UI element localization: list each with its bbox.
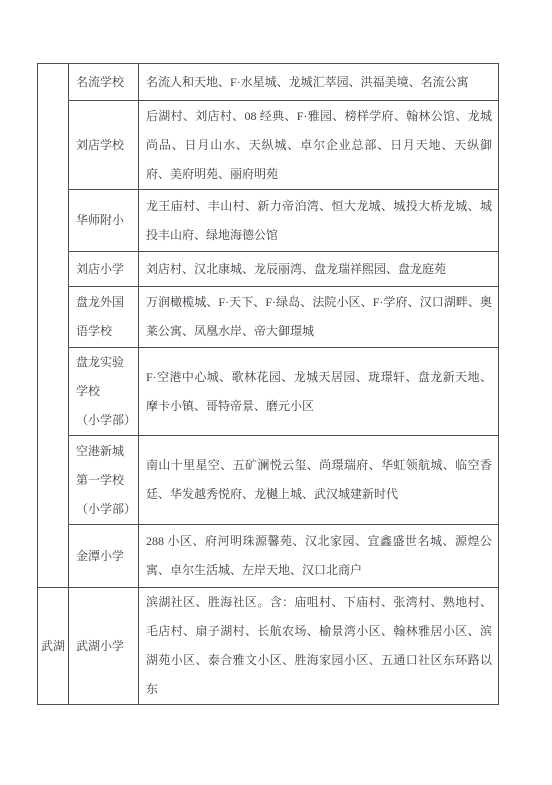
communities-cell: F·空港中心城、歌林花园、龙城天居园、珑璟轩、盘龙新天地、摩卡小镇、哥特帝景、磨… (139, 348, 499, 436)
table-row: 刘店学校 后湖村、刘店村、08 经典、F·雅园、榜样学府、翰林公馆、龙城尚品、日… (38, 101, 499, 190)
table-row: 空港新城 第一学校 （小学部） 南山十里星空、五矿澜悦云玺、尚璟瑞府、华虹领航城… (38, 436, 499, 525)
communities-cell: 288 小区、府河明珠源馨苑、汉北家园、宜鑫盛世名城、源煌公寓、卓尔生活城、左岸… (139, 525, 499, 588)
table-row: 武湖 武湖小学 滨湖社区、胜海社区。含：庙咀村、下庙村、张湾村、熟地村、毛店村、… (38, 588, 499, 705)
table-row: 名流学校 名流人和天地、F·水星城、龙城汇萃园、洪福美境、名流公寓 (38, 64, 499, 101)
school-name-cell: 金潭小学 (69, 525, 139, 588)
school-name-cell: 刘店小学 (69, 252, 139, 287)
table-row: 盘龙实验 学校 （小学部） F·空港中心城、歌林花园、龙城天居园、珑璟轩、盘龙新… (38, 348, 499, 436)
district-cell-empty (38, 64, 69, 588)
school-name-cell: 盘龙实验 学校 （小学部） (69, 348, 139, 436)
school-district-table: 名流学校 名流人和天地、F·水星城、龙城汇萃园、洪福美境、名流公寓 刘店学校 后… (37, 63, 499, 705)
school-name-cell: 名流学校 (69, 64, 139, 101)
school-name-cell: 空港新城 第一学校 （小学部） (69, 436, 139, 525)
communities-cell: 后湖村、刘店村、08 经典、F·雅园、榜样学府、翰林公馆、龙城尚品、日月山水、天… (139, 101, 499, 190)
communities-cell: 名流人和天地、F·水星城、龙城汇萃园、洪福美境、名流公寓 (139, 64, 499, 101)
school-name-cell: 盘龙外国 语学校 (69, 287, 139, 348)
communities-cell: 刘店村、汉北康城、龙辰丽湾、盘龙瑞祥熙园、盘龙庭苑 (139, 252, 499, 287)
school-name-cell: 武湖小学 (69, 588, 139, 705)
table-row: 刘店小学 刘店村、汉北康城、龙辰丽湾、盘龙瑞祥熙园、盘龙庭苑 (38, 252, 499, 287)
communities-cell: 龙王庙村、丰山村、新力帝泊湾、恒大龙城、城投大桥龙城、城投丰山府、绿地海德公馆 (139, 190, 499, 252)
school-name-cell: 华师附小 (69, 190, 139, 252)
school-name-cell: 刘店学校 (69, 101, 139, 190)
communities-cell: 滨湖社区、胜海社区。含：庙咀村、下庙村、张湾村、熟地村、毛店村、扇子湖村、长航农… (139, 588, 499, 705)
document-page: 名流学校 名流人和天地、F·水星城、龙城汇萃园、洪福美境、名流公寓 刘店学校 后… (0, 0, 552, 785)
district-cell-wuhu: 武湖 (38, 588, 69, 705)
table-row: 华师附小 龙王庙村、丰山村、新力帝泊湾、恒大龙城、城投大桥龙城、城投丰山府、绿地… (38, 190, 499, 252)
communities-cell: 万润橄榄城、F·天下、F·绿岛、法院小区、F·学府、汉口湖畔、奥莱公寓、凤凰水岸… (139, 287, 499, 348)
communities-cell: 南山十里星空、五矿澜悦云玺、尚璟瑞府、华虹领航城、临空香廷、华发越秀悦府、龙樾上… (139, 436, 499, 525)
table-row: 金潭小学 288 小区、府河明珠源馨苑、汉北家园、宜鑫盛世名城、源煌公寓、卓尔生… (38, 525, 499, 588)
table-row: 盘龙外国 语学校 万润橄榄城、F·天下、F·绿岛、法院小区、F·学府、汉口湖畔、… (38, 287, 499, 348)
